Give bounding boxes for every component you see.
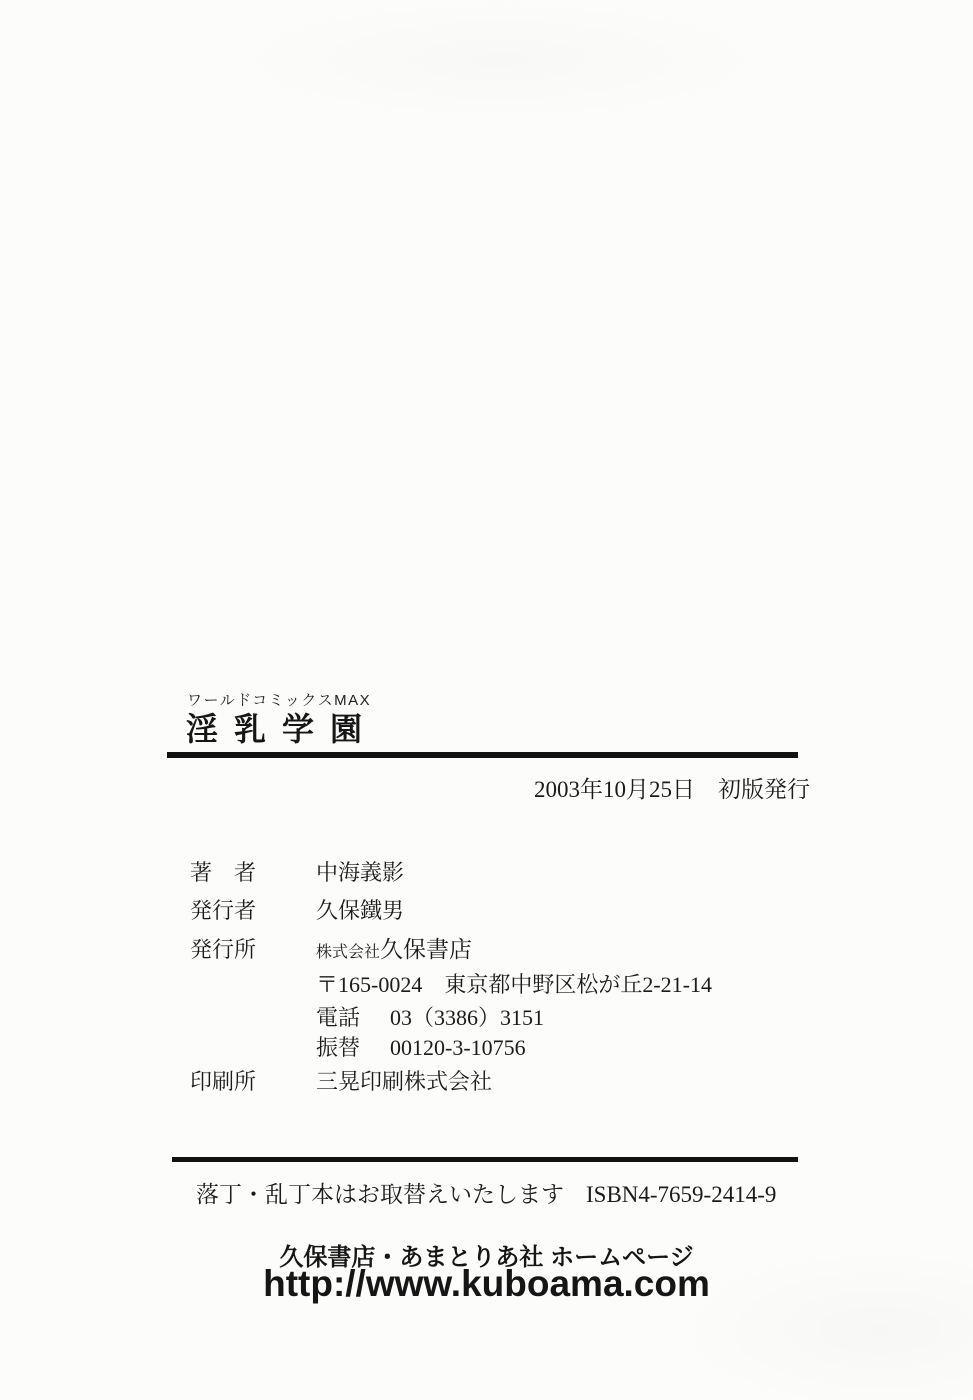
edition-date-line: 2003年10月25日 初版発行 bbox=[534, 771, 810, 804]
colophon-page: ワールドコミックスMAX 淫乳学園 2003年10月25日 初版発行 著 者中海… bbox=[0, 0, 973, 1400]
isbn-number: ISBN4-7659-2414-9 bbox=[586, 1182, 776, 1207]
publishing-office-row: 発行所株式会社久保書店 bbox=[190, 931, 472, 964]
defect-notice-line: 落丁・乱丁本はお取替えいたしますISBN4-7659-2414-9 bbox=[196, 1176, 776, 1209]
author-label: 著 者 bbox=[190, 856, 316, 887]
publishing-office-label: 発行所 bbox=[190, 933, 316, 964]
transfer-number: 00120-3-10756 bbox=[390, 1035, 526, 1060]
phone-number: 03（3386）3151 bbox=[390, 1005, 544, 1030]
publisher-label: 発行者 bbox=[190, 894, 316, 925]
phone-row: 電話03（3386）3151 bbox=[316, 1001, 544, 1032]
author-row: 著 者中海義影 bbox=[190, 856, 404, 887]
divider-bottom bbox=[172, 1157, 798, 1162]
publishing-office-name: 久保書店 bbox=[380, 937, 472, 962]
printer-label: 印刷所 bbox=[190, 1065, 316, 1096]
printer-row: 印刷所三晃印刷株式会社 bbox=[190, 1065, 492, 1096]
transfer-label: 振替 bbox=[316, 1031, 390, 1062]
printer-name: 三晃印刷株式会社 bbox=[316, 1069, 492, 1094]
phone-label: 電話 bbox=[316, 1001, 390, 1032]
divider-top bbox=[167, 752, 798, 758]
publisher-row: 発行者久保鐵男 bbox=[190, 894, 404, 925]
homepage-url: http://www.kuboama.com bbox=[0, 1263, 973, 1306]
postal-transfer-row: 振替00120-3-10756 bbox=[316, 1031, 526, 1062]
company-type-prefix: 株式会社 bbox=[316, 944, 380, 961]
author-name: 中海義影 bbox=[316, 860, 404, 885]
book-title: 淫乳学園 bbox=[186, 704, 378, 750]
postal-address-line: 〒165-0024 東京都中野区松が丘2-21-14 bbox=[316, 968, 712, 999]
defect-notice: 落丁・乱丁本はお取替えいたします bbox=[196, 1182, 564, 1207]
publisher-name: 久保鐵男 bbox=[316, 898, 404, 923]
